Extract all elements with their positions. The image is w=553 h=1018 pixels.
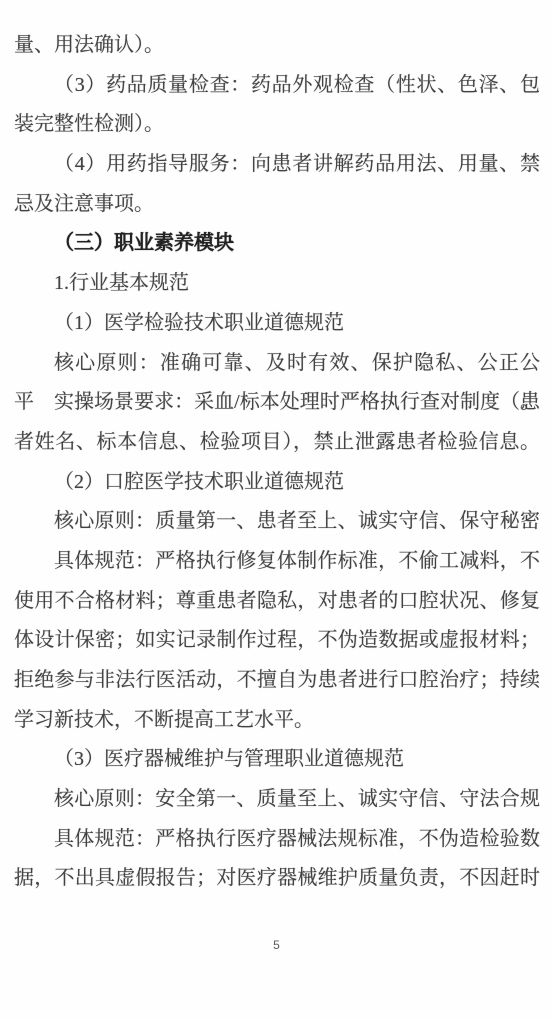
text-line: 具体规范：严格执行修复体制作标准，不偷工减料，不 bbox=[14, 542, 540, 582]
text-line: 实操场景要求：采血/标本处理时严格执行查对制度（患 bbox=[14, 383, 540, 423]
text-line: （4）用药指导服务：向患者讲解药品用法、用量、禁 bbox=[14, 145, 540, 185]
text-line: 体设计保密；如实记录制作过程，不伪造数据或虚报材料； bbox=[14, 621, 540, 661]
text-line: 装完整性检测）。 bbox=[14, 105, 540, 145]
text-line: 拒绝参与非法行医活动，不擅自为患者进行口腔治疗；持续 bbox=[14, 661, 540, 701]
text-line: （3）药品质量检查：药品外观检查（性状、色泽、包 bbox=[14, 66, 540, 106]
section-heading: （三）职业素养模块 bbox=[14, 224, 540, 264]
text-line: （2）口腔医学技术职业道德规范 bbox=[14, 463, 540, 503]
text-line: 核心原则：准确可靠、及时有效、保护隐私、公正公平。 bbox=[14, 344, 540, 384]
text-line: 核心原则：安全第一、质量至上、诚实守信、守法合规 bbox=[14, 780, 540, 820]
text-line: 据，不出具虚假报告；对医疗器械维护质量负责，不因赶时 bbox=[14, 859, 540, 899]
text-line: （3）医疗器械维护与管理职业道德规范 bbox=[14, 740, 540, 780]
page-number: 5 bbox=[0, 938, 553, 952]
text-line: 核心原则：质量第一、患者至上、诚实守信、保守秘密 bbox=[14, 502, 540, 542]
text-line: 具体规范：严格执行医疗器械法规标准，不伪造检验数 bbox=[14, 820, 540, 860]
text-line: 者姓名、标本信息、检验项目），禁止泄露患者检验信息。 bbox=[14, 423, 540, 463]
document-page: 量、用法确认）。（3）药品质量检查：药品外观检查（性状、色泽、包装完整性检测）。… bbox=[0, 0, 553, 1018]
text-line: 忌及注意事项。 bbox=[14, 185, 540, 225]
document-body: 量、用法确认）。（3）药品质量检查：药品外观检查（性状、色泽、包装完整性检测）。… bbox=[14, 26, 540, 899]
text-line: 使用不合格材料；尊重患者隐私，对患者的口腔状况、修复 bbox=[14, 582, 540, 622]
text-line: 1.行业基本规范 bbox=[14, 264, 540, 304]
text-line: （1）医学检验技术职业道德规范 bbox=[14, 304, 540, 344]
text-line: 学习新技术，不断提高工艺水平。 bbox=[14, 701, 540, 741]
text-line: 量、用法确认）。 bbox=[14, 26, 540, 66]
